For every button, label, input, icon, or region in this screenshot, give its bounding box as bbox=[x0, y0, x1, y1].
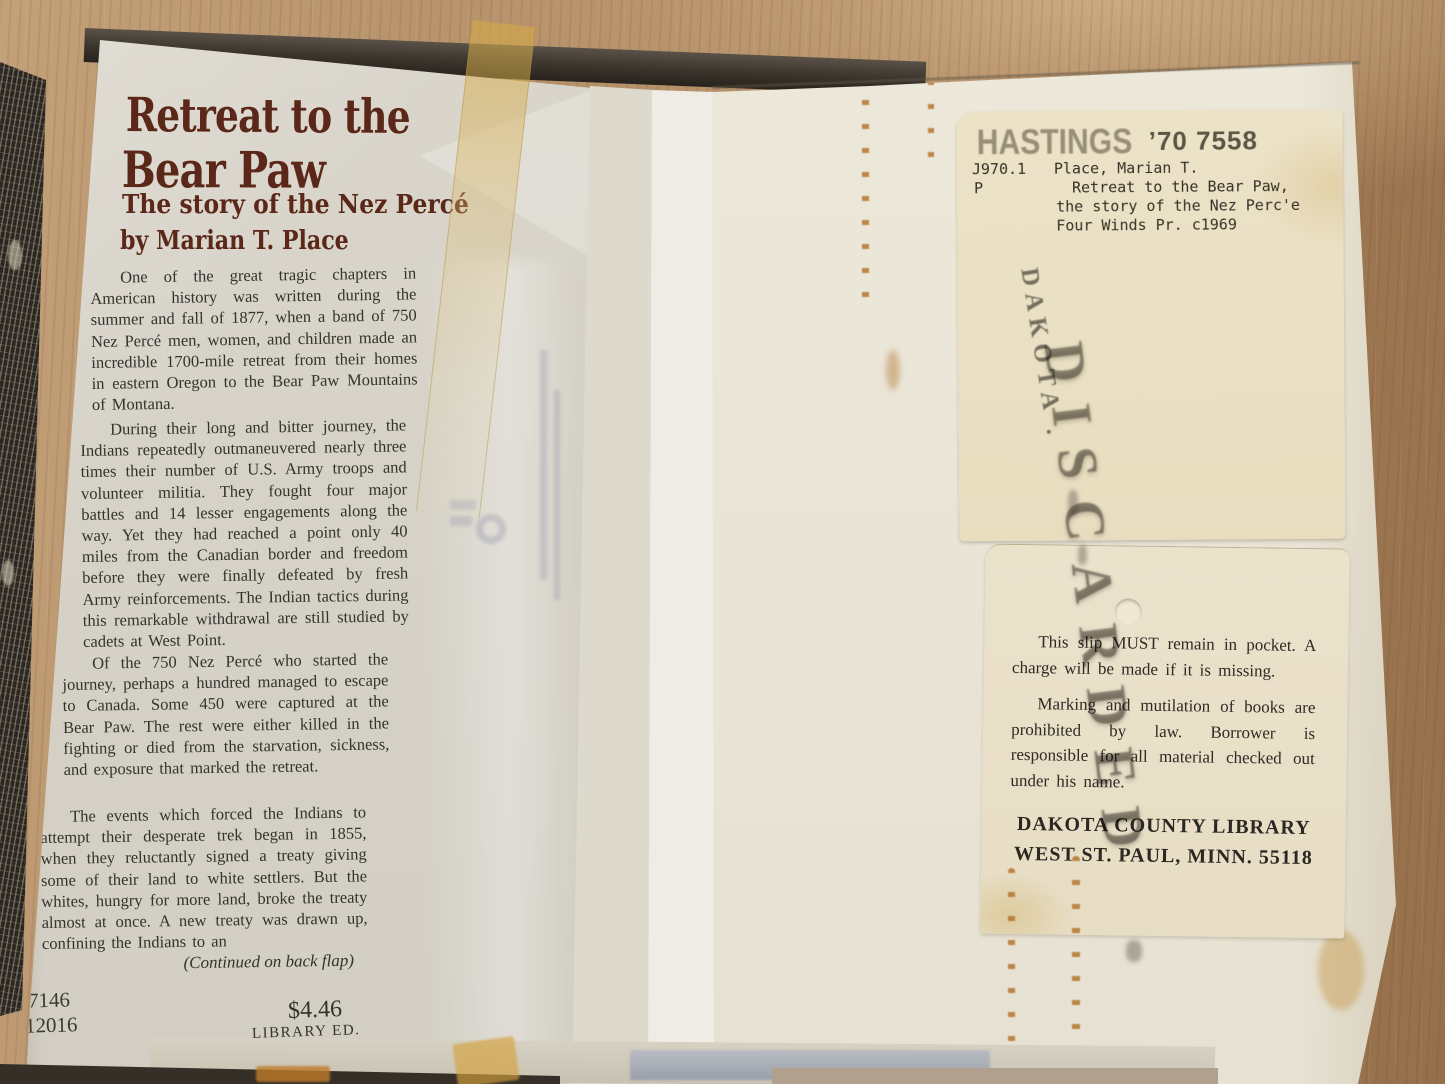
flap-paragraph-3: Of the 750 Nez Percé who started the jou… bbox=[62, 648, 390, 780]
flap-paragraph-4: The events which forced the Indians to a… bbox=[40, 801, 368, 954]
continued-note: (Continued on back flap) bbox=[42, 951, 354, 975]
book-subtitle: The story of the Nez Percé bbox=[122, 190, 469, 220]
bottom-cover-edge bbox=[772, 1068, 1218, 1084]
library-name: DAKOTA COUNTY LIBRARY bbox=[982, 812, 1346, 840]
stamp-smudge bbox=[1126, 940, 1142, 962]
tape-remnant bbox=[452, 1036, 520, 1084]
cover-art-figure bbox=[8, 240, 22, 270]
book-byline: by Marian T. Place bbox=[120, 226, 349, 256]
stamp-smudge bbox=[1068, 490, 1078, 516]
stock-number-2: 12016 bbox=[25, 1012, 78, 1038]
book-title-line1: Retreat to the bbox=[126, 88, 410, 145]
call-number-line2: P bbox=[974, 179, 983, 197]
library-address: WEST ST. PAUL, MINN. 55118 bbox=[981, 842, 1345, 870]
stamp-smudge bbox=[1078, 545, 1087, 565]
stain-drip bbox=[862, 52, 869, 300]
typed-title-line: Retreat to the Bear Paw, bbox=[1072, 177, 1289, 197]
stain-blotch bbox=[1318, 930, 1364, 1010]
tape-remnant bbox=[256, 1066, 330, 1082]
cover-art-figure bbox=[2, 560, 14, 586]
library-book-pocket: This slip MUST remain in pocket. A charg… bbox=[980, 543, 1349, 938]
hastings-stamp: HASTINGS bbox=[977, 122, 1133, 163]
accession-number-stamp: ’70 7558 bbox=[1149, 125, 1258, 157]
stock-number-1: 7146 bbox=[28, 987, 71, 1013]
call-number-line1: J970.1 bbox=[972, 160, 1026, 178]
flap-paragraph-1: One of the great tragic chapters in Amer… bbox=[90, 262, 418, 415]
typed-subtitle-line: the story of the Nez Perc'e bbox=[1056, 196, 1300, 216]
typed-author-line: Place, Marian T. bbox=[1054, 159, 1199, 178]
typed-publisher-line: Four Winds Pr. c1969 bbox=[1056, 215, 1237, 234]
library-card: HASTINGS ’70 7558 J970.1 P Place, Marian… bbox=[957, 109, 1346, 542]
pocket-notice-2: Marking and mutilation of books are proh… bbox=[1010, 691, 1315, 797]
flap-paragraph-2: During their long and bitter journey, th… bbox=[80, 414, 409, 652]
photo-open-book-with-library-pocket: Retreat to the Bear Paw The story of the… bbox=[0, 0, 1445, 1084]
price: $4.46 bbox=[288, 996, 343, 1025]
pocket-notice-1: This slip MUST remain in pocket. A charg… bbox=[1012, 629, 1317, 684]
stain-blotch bbox=[886, 350, 900, 390]
